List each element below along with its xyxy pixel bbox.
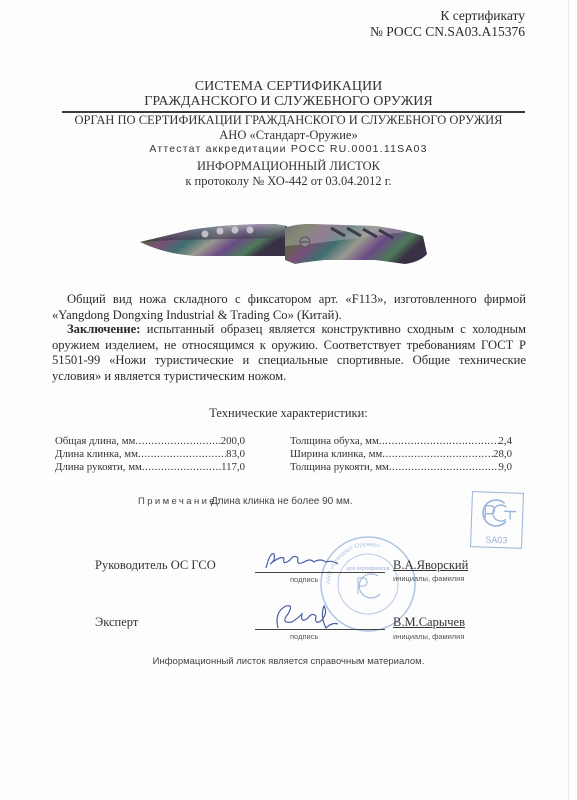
knife-photo	[135, 204, 435, 272]
note-label: Примечание:	[138, 496, 222, 507]
signature-line	[255, 572, 385, 573]
leader-dots	[379, 435, 499, 448]
spec-value: 9,0	[499, 461, 513, 474]
spec-value: 2,4	[499, 435, 513, 448]
badge-code: SA03	[471, 534, 521, 546]
spec-label: Ширина клинка, мм	[290, 448, 382, 461]
pct-mark-icon	[476, 496, 519, 529]
pct-certification-badge: SA03	[470, 491, 524, 549]
spec-label: Длина клинка, мм	[55, 448, 138, 461]
spec-row: Толщина обуха, мм2,4	[290, 435, 512, 448]
signer-role: Эксперт	[95, 615, 138, 630]
specs-right-column: Толщина обуха, мм2,4 Ширина клинка, мм28…	[290, 435, 512, 474]
note-text: Длина клинка не более 90 мм.	[211, 496, 353, 507]
signature-caption: подпись	[290, 575, 318, 584]
product-description: Общий вид ножа складного с фиксатором ар…	[52, 292, 526, 323]
spec-label: Толщина рукояти, мм	[290, 461, 389, 474]
ano-name: АНО «Стандарт-Оружие»	[0, 128, 577, 143]
system-title-line1: СИСТЕМА СЕРТИФИКАЦИИ	[0, 79, 577, 95]
organ-title: ОРГАН ПО СЕРТИФИКАЦИИ ГРАЖДАНСКОГО И СЛУ…	[0, 113, 577, 128]
name-caption: инициалы, фамилия	[393, 574, 464, 583]
spec-row: Толщина рукояти, мм9,0	[290, 461, 512, 474]
certificate-ref-label: К сертификату	[370, 8, 525, 24]
footer-note: Информационный листок является справочны…	[0, 656, 577, 667]
protocol-reference: к протоколу № ХО-442 от 03.04.2012 г.	[0, 174, 577, 189]
signer-name: В.М.Сарычев	[393, 615, 465, 630]
handwritten-signature	[272, 602, 342, 632]
spec-row: Длина клинка, мм83,0	[55, 448, 245, 461]
accreditation: Аттестат аккредитации РОСС RU.0001.11SA0…	[0, 143, 577, 155]
spec-row: Общая длина, мм200,0	[55, 435, 245, 448]
signature-line	[255, 629, 385, 630]
info-sheet-title: ИНФОРМАЦИОННЫЙ ЛИСТОК	[0, 159, 577, 174]
signer-role: Руководитель ОС ГСО	[95, 558, 216, 573]
certificate-number: № РОСС CN.SA03.A15376	[370, 24, 525, 40]
handwritten-signature	[262, 548, 342, 572]
signature-caption: подпись	[290, 632, 318, 641]
system-title-line2: ГРАЖДАНСКОГО И СЛУЖЕБНОГО ОРУЖИЯ	[0, 94, 577, 110]
conclusion-label: Заключение:	[67, 322, 140, 336]
spec-value: 28,0	[493, 448, 512, 461]
certificate-info-sheet: К сертификату № РОСС CN.SA03.A15376 СИСТ…	[0, 0, 577, 800]
specs-title: Технические характеристики:	[0, 406, 577, 421]
spec-label: Длина рукояти, мм	[55, 461, 142, 474]
spec-value: 83,0	[226, 448, 245, 461]
conclusion-paragraph: Заключение: испытанный образец является …	[52, 322, 526, 384]
leader-dots	[142, 461, 221, 474]
specs-left-column: Общая длина, мм200,0 Длина клинка, мм83,…	[55, 435, 245, 474]
spec-row: Длина рукояти, мм117,0	[55, 461, 245, 474]
name-caption: инициалы, фамилия	[393, 632, 464, 641]
leader-dots	[138, 448, 226, 461]
leader-dots	[135, 435, 220, 448]
signer-name: В.А.Яворский	[393, 558, 468, 573]
leader-dots	[389, 461, 499, 474]
leader-dots	[382, 448, 493, 461]
spec-value: 117,0	[221, 461, 245, 474]
certificate-reference: К сертификату № РОСС CN.SA03.A15376	[370, 8, 525, 40]
spec-value: 200,0	[221, 435, 245, 448]
spec-label: Толщина обуха, мм	[290, 435, 379, 448]
spec-row: Ширина клинка, мм28,0	[290, 448, 512, 461]
spec-label: Общая длина, мм	[55, 435, 135, 448]
